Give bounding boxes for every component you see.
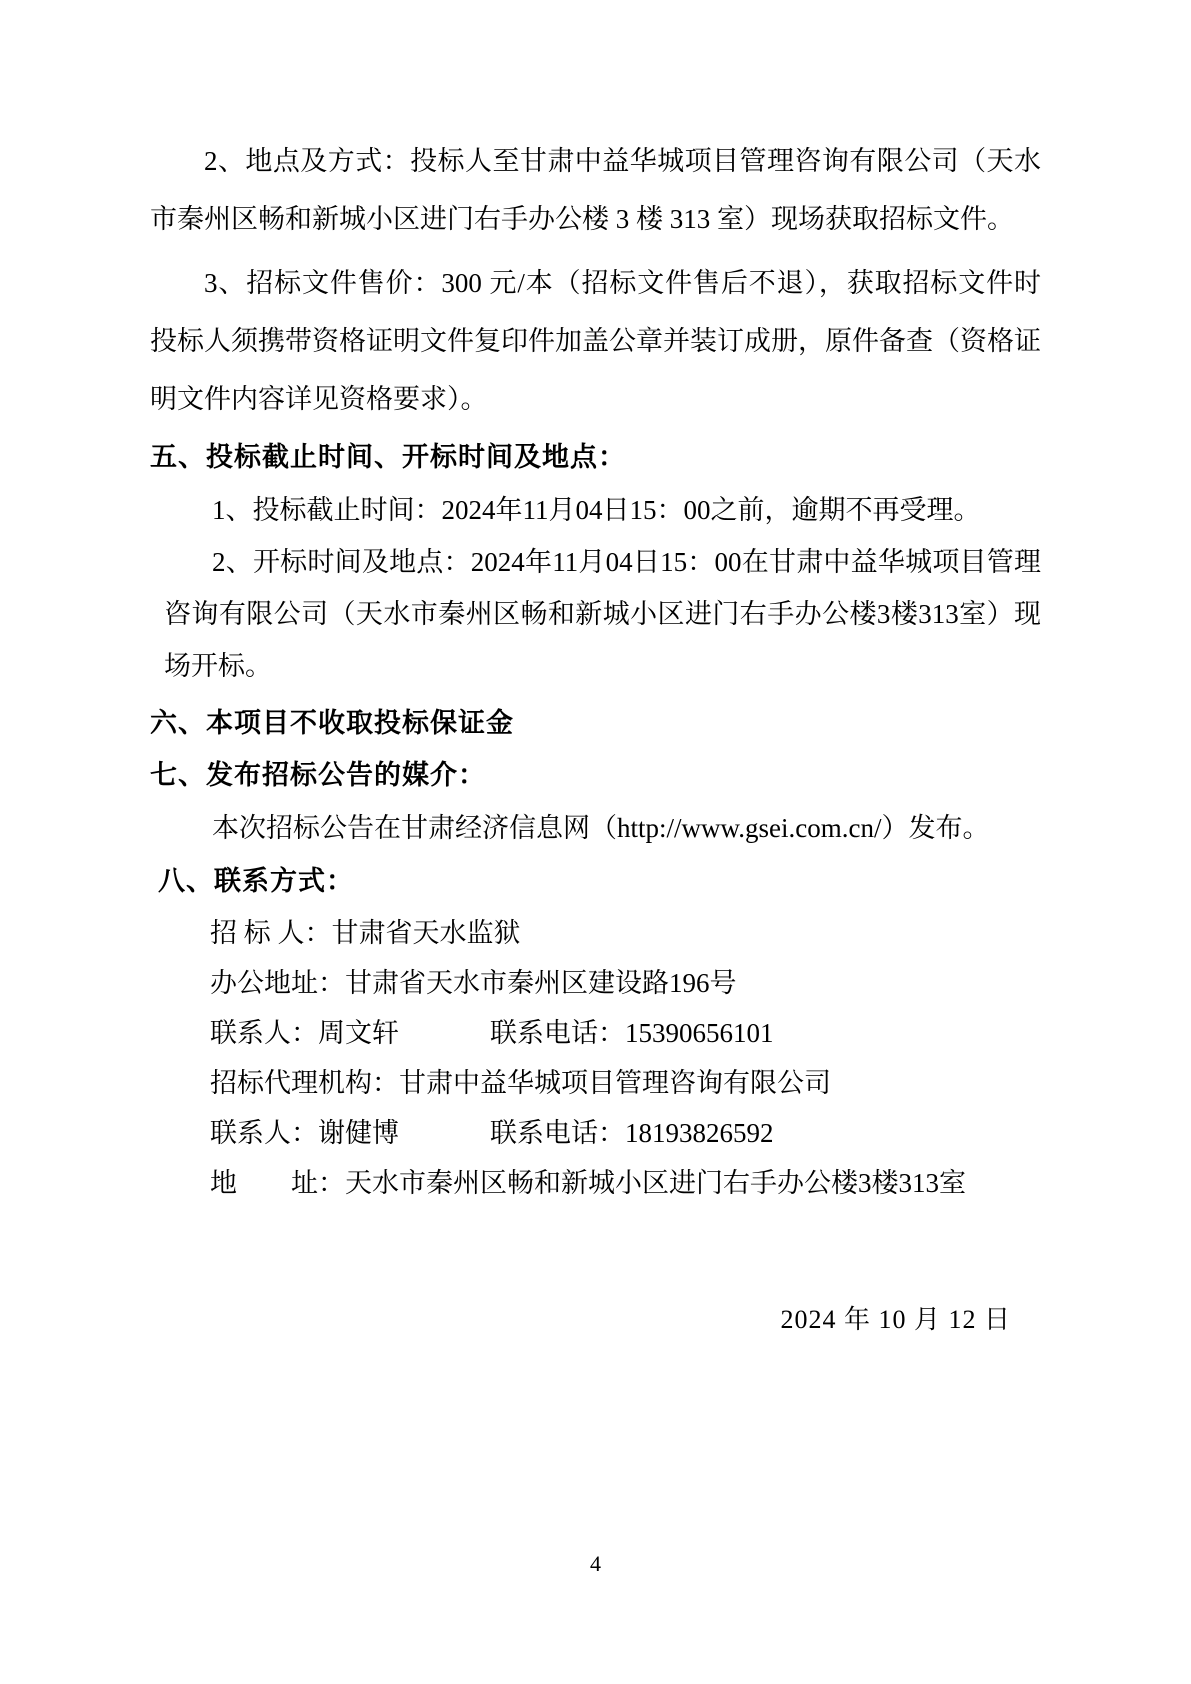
section7-media-line: 本次招标公告在甘肃经济信息网（http://www.gsei.com.cn/）发… xyxy=(150,802,1041,854)
document-page: 2、地点及方式：投标人至甘肃中益华城项目管理咨询有限公司（天水市秦州区畅和新城小… xyxy=(0,0,1191,1684)
section8-heading: 八、联系方式： xyxy=(150,858,1041,904)
paragraph-obtain-location: 2、地点及方式：投标人至甘肃中益华城项目管理咨询有限公司（天水市秦州区畅和新城小… xyxy=(150,132,1041,248)
agency-address-value: 地 址：天水市秦州区畅和新城小区进门右手办公楼3楼313室 xyxy=(210,1158,966,1208)
contact2-name: 联系人：谢健博 xyxy=(210,1108,490,1158)
contact1-line: 联系人：周文轩 联系电话：15390656101 xyxy=(150,1008,1041,1058)
section6-heading: 六、本项目不收取投标保证金 xyxy=(150,700,1041,746)
section5-item-deadline: 1、投标截止时间：2024年11月04日15：00之前，逾期不再受理。 xyxy=(150,484,1041,536)
agency-line: 招标代理机构：甘肃中益华城项目管理咨询有限公司 xyxy=(150,1058,1041,1108)
contact1-phone: 联系电话：15390656101 xyxy=(490,1008,774,1058)
contact1-name: 联系人：周文轩 xyxy=(210,1008,490,1058)
section7-heading: 七、发布招标公告的媒介： xyxy=(150,752,1041,798)
office-address-line: 办公地址：甘肃省天水市秦州区建设路196号 xyxy=(150,958,1041,1008)
tenderer-value: 招 标 人：甘肃省天水监狱 xyxy=(210,908,521,958)
document-date: 2024 年 10 月 12 日 xyxy=(150,1303,1041,1337)
contact2-line: 联系人：谢健博 联系电话：18193826592 xyxy=(150,1108,1041,1158)
paragraph-document-price: 3、招标文件售价：300 元/本（招标文件售后不退），获取招标文件时投标人须携带… xyxy=(150,254,1041,428)
section5-item-opening: 2、开标时间及地点：2024年11月04日15：00在甘肃中益华城项目管理咨询有… xyxy=(150,536,1041,692)
tenderer-line: 招 标 人：甘肃省天水监狱 xyxy=(150,908,1041,958)
agency-address-line: 地 址：天水市秦州区畅和新城小区进门右手办公楼3楼313室 xyxy=(150,1158,1041,1208)
document-content: 2、地点及方式：投标人至甘肃中益华城项目管理咨询有限公司（天水市秦州区畅和新城小… xyxy=(0,0,1191,1337)
page-number: 4 xyxy=(0,1549,1191,1579)
agency-value: 招标代理机构：甘肃中益华城项目管理咨询有限公司 xyxy=(210,1058,831,1108)
office-address-value: 办公地址：甘肃省天水市秦州区建设路196号 xyxy=(210,958,737,1008)
contact2-phone: 联系电话：18193826592 xyxy=(490,1108,774,1158)
section5-heading: 五、投标截止时间、开标时间及地点： xyxy=(150,434,1041,480)
